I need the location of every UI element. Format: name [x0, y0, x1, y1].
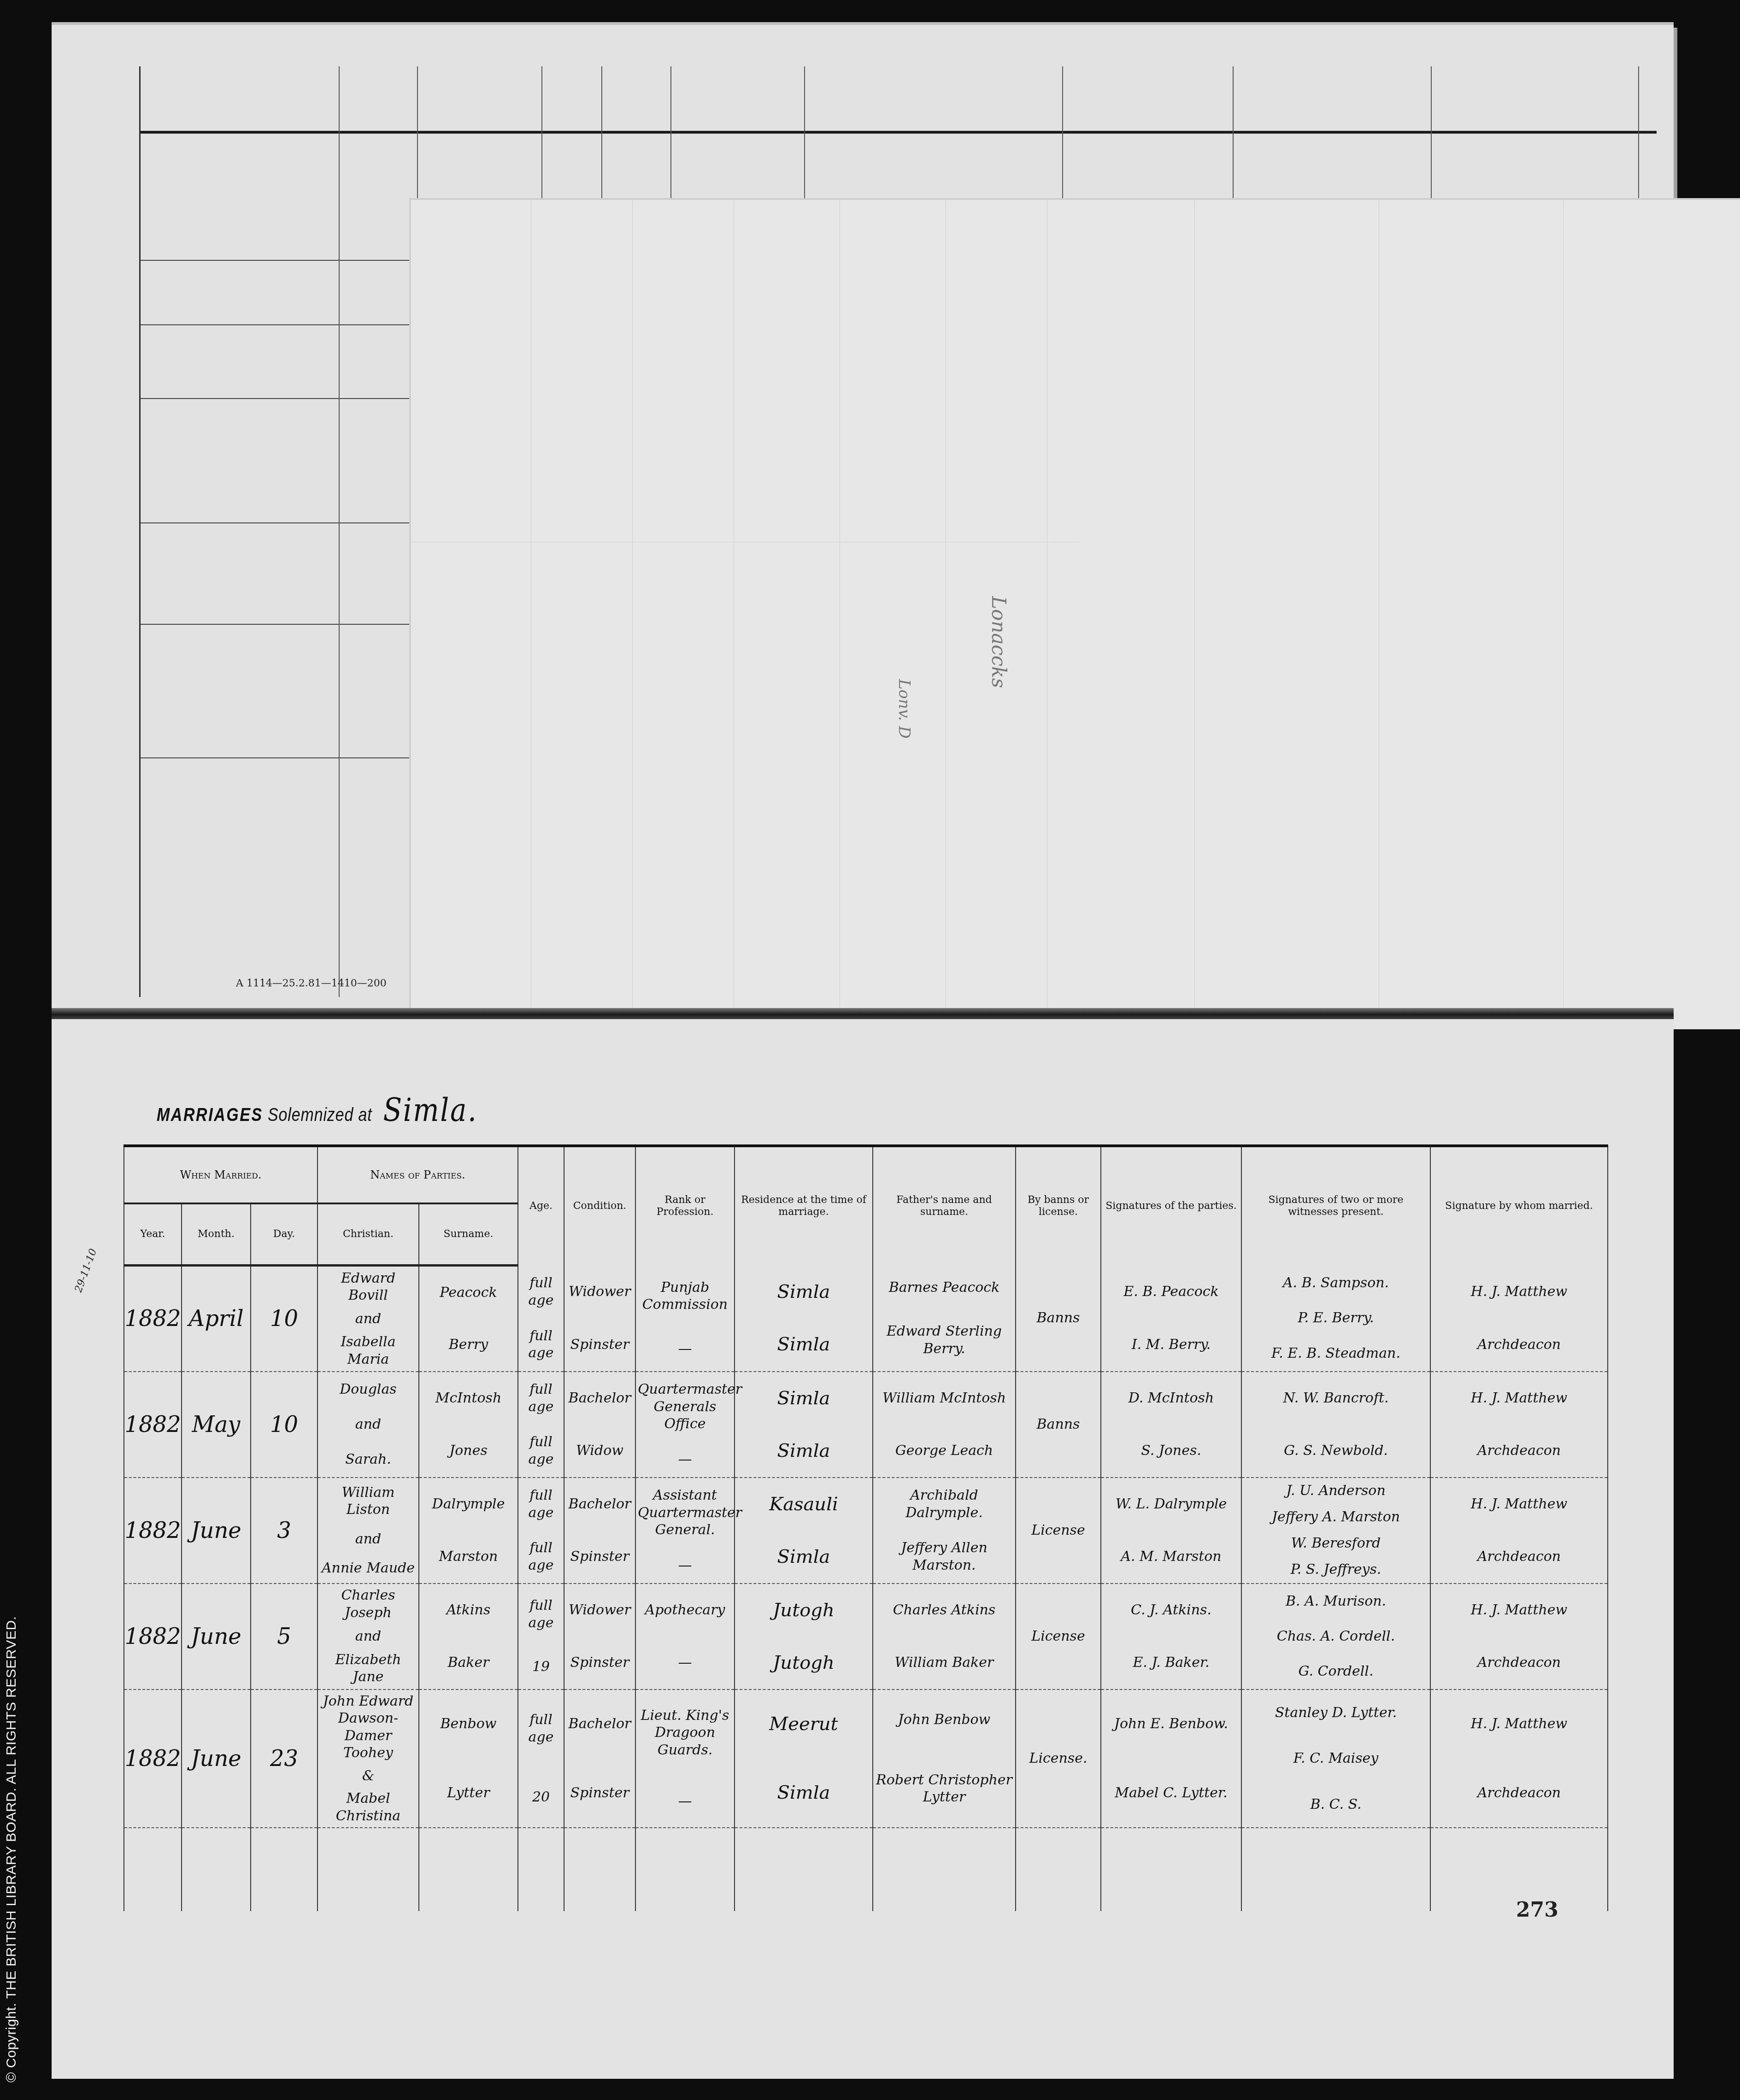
entry-residences: Jutogh Jutogh — [735, 1584, 873, 1689]
groom-surname: Benbow — [419, 1713, 517, 1736]
entry-signatures: E. B. Peacock I. M. Berry. — [1101, 1266, 1241, 1372]
groom-residence: Meerut — [735, 1710, 872, 1738]
groom-father: Barnes Peacock — [873, 1276, 1015, 1299]
bride-condition: Spinster — [564, 1545, 635, 1568]
groom-condition: Bachelor — [564, 1493, 635, 1516]
entry-signatures: W. L. Dalrymple A. M. Marston — [1101, 1478, 1241, 1584]
groom-signature: John E. Benbow. — [1101, 1713, 1241, 1736]
entry-surnames: Benbow Lytter — [419, 1689, 518, 1828]
entry-christian-names: Douglas and Sarah. — [317, 1372, 419, 1478]
bride-rank: — — [636, 1554, 734, 1577]
bride-residence: Simla — [735, 1330, 872, 1359]
groom-surname: Atkins — [419, 1599, 517, 1622]
header-christian: Christian. — [317, 1203, 419, 1266]
header-condition: Condition. — [564, 1146, 635, 1266]
entry-ages: full age 20 — [518, 1689, 564, 1828]
groom-rank: Quartermaster Generals Office — [636, 1378, 734, 1436]
witness: J. U. Anderson — [1242, 1479, 1430, 1502]
officiant-title: Archdeacon — [1431, 1439, 1607, 1462]
bride-father: William Baker — [873, 1651, 1015, 1674]
entry-residences: Simla Simla — [735, 1266, 873, 1372]
entry-witnesses: N. W. Bancroft. G. S. Newbold. — [1241, 1372, 1430, 1478]
witness: Jeffery A. Marston — [1242, 1506, 1430, 1529]
entry-ranks: Lieut. King's Dragoon Guards. — — [635, 1689, 735, 1828]
witness: G. S. Newbold. — [1242, 1439, 1430, 1462]
bride-father: Edward Sterling Berry. — [873, 1320, 1015, 1360]
copyright-notice: © Copyright. THE BRITISH LIBRARY BOARD. … — [4, 1616, 19, 2082]
header-father: Father's name and surname. — [873, 1146, 1016, 1266]
entry-day: 10 — [251, 1266, 317, 1372]
form-code: A 1114—25.2.81—1410—200 — [236, 978, 387, 989]
entry-conditions: Bachelor Spinster — [564, 1689, 635, 1828]
groom-father: John Benbow — [873, 1708, 1015, 1731]
entry-surnames: Peacock Berry — [419, 1266, 518, 1372]
entry-ages: full age full age — [518, 1372, 564, 1478]
overlay-sheet: Lonaccks Lonv. D — [411, 200, 1740, 1029]
groom-signature: E. B. Peacock — [1101, 1280, 1241, 1303]
entry-year: 1882 — [124, 1372, 182, 1478]
bride-christian: Annie Maude — [318, 1557, 418, 1580]
witness: N. W. Bancroft. — [1242, 1387, 1430, 1410]
entry-year: 1882 — [124, 1266, 182, 1372]
officiant-title: Archdeacon — [1431, 1333, 1607, 1356]
groom-condition: Bachelor — [564, 1387, 635, 1410]
pencil-annotation-secondary: Lonv. D — [895, 679, 913, 739]
table-row: 1882 April 10 Edward Bovill and Isabella… — [124, 1266, 1608, 1372]
entry-officiant: H. J. Matthew Archdeacon — [1430, 1266, 1608, 1372]
table-row: 1882 May 10 Douglas and Sarah. McIntosh … — [124, 1372, 1608, 1478]
groom-condition: Widower — [564, 1599, 635, 1622]
entry-day: 5 — [251, 1584, 317, 1689]
marriage-register-table: When Married. Names of Parties. Age. Con… — [123, 1144, 1608, 1911]
entry-officiant: H. J. Matthew Archdeacon — [1430, 1372, 1608, 1478]
groom-condition: Widower — [564, 1280, 635, 1303]
bride-christian: Sarah. — [318, 1448, 418, 1471]
bride-christian: Elizabeth Jane — [318, 1648, 418, 1689]
witness: Chas. A. Cordell. — [1242, 1625, 1430, 1648]
header-residence: Residence at the time of marriage. — [735, 1146, 873, 1266]
connector: and — [318, 1528, 418, 1551]
entry-year: 1882 — [124, 1584, 182, 1689]
place-name: Simla. — [383, 1091, 477, 1129]
entry-residences: Simla Simla — [735, 1372, 873, 1478]
officiant-name: H. J. Matthew — [1431, 1713, 1607, 1736]
entry-residences: Meerut Simla — [735, 1689, 873, 1828]
header-names-of-parties: Names of Parties. — [317, 1146, 518, 1203]
bride-father: George Leach — [873, 1439, 1015, 1462]
bride-surname: Lytter — [419, 1782, 517, 1805]
groom-age: full age — [518, 1594, 564, 1634]
groom-rank: Punjab Commission — [636, 1276, 734, 1316]
groom-condition: Bachelor — [564, 1713, 635, 1736]
witness: P. E. Berry. — [1242, 1307, 1430, 1330]
bride-condition: Widow — [564, 1439, 635, 1462]
entry-fathers: Charles Atkins William Baker — [873, 1584, 1016, 1689]
bride-father: Robert Christopher Lytter — [873, 1769, 1015, 1809]
bride-surname: Berry — [419, 1333, 517, 1356]
entry-surnames: McIntosh Jones — [419, 1372, 518, 1478]
entry-surnames: Dalrymple Marston — [419, 1478, 518, 1584]
entry-month: June — [182, 1689, 251, 1828]
bride-rank: — — [636, 1337, 734, 1361]
entry-banns: License — [1016, 1478, 1101, 1584]
groom-signature: W. L. Dalrymple — [1101, 1493, 1241, 1516]
groom-christian: Charles Joseph — [318, 1584, 418, 1624]
bride-age: full age — [518, 1325, 564, 1365]
bride-christian: Isabella Maria — [318, 1331, 418, 1371]
groom-rank: Lieut. King's Dragoon Guards. — [636, 1704, 734, 1762]
entry-signatures: C. J. Atkins. E. J. Baker. — [1101, 1584, 1241, 1689]
bride-age: full age — [518, 1431, 564, 1471]
groom-residence: Jutogh — [735, 1596, 872, 1625]
groom-father: Archibald Dalrymple. — [873, 1484, 1015, 1524]
bride-surname: Marston — [419, 1545, 517, 1568]
groom-age: full age — [518, 1708, 564, 1748]
header-when-married: When Married. — [124, 1146, 317, 1203]
bride-age: 20 — [518, 1786, 564, 1809]
entry-witnesses: J. U. Anderson Jeffery A. Marston W. Ber… — [1241, 1478, 1430, 1584]
entry-year: 1882 — [124, 1689, 182, 1828]
bride-signature: Mabel C. Lytter. — [1101, 1782, 1241, 1805]
entry-fathers: John Benbow Robert Christopher Lytter — [873, 1689, 1016, 1828]
upper-page: Lonaccks Lonv. D A 1114—25.2.81—1410—200 — [52, 22, 1674, 1011]
entry-banns: Banns — [1016, 1372, 1101, 1478]
connector: & — [318, 1765, 418, 1788]
bride-signature: S. Jones. — [1101, 1439, 1241, 1462]
groom-christian: Edward Bovill — [318, 1267, 418, 1307]
entry-banns: Banns — [1016, 1266, 1101, 1372]
bride-residence: Simla — [735, 1437, 872, 1465]
entry-banns: License. — [1016, 1689, 1101, 1828]
witness: G. Cordell. — [1242, 1660, 1430, 1683]
bride-surname: Jones — [419, 1439, 517, 1462]
entry-residences: Kasauli Simla — [735, 1478, 873, 1584]
groom-residence: Kasauli — [735, 1490, 872, 1519]
officiant-title: Archdeacon — [1431, 1782, 1607, 1805]
entry-month: April — [182, 1266, 251, 1372]
officiant-name: H. J. Matthew — [1431, 1493, 1607, 1516]
entry-signatures: John E. Benbow. Mabel C. Lytter. — [1101, 1689, 1241, 1828]
entry-month: June — [182, 1584, 251, 1689]
witness: P. S. Jeffreys. — [1242, 1558, 1430, 1581]
header-signatures-parties: Signatures of the parties. — [1101, 1146, 1241, 1266]
groom-christian: William Liston — [318, 1481, 418, 1521]
header-age: Age. — [518, 1146, 564, 1266]
groom-surname: Dalrymple — [419, 1493, 517, 1516]
pencil-annotation: Lonaccks — [988, 596, 1010, 688]
officiant-name: H. J. Matthew — [1431, 1387, 1607, 1410]
bride-residence: Simla — [735, 1778, 872, 1807]
groom-rank: Apothecary — [636, 1599, 734, 1622]
header-month: Month. — [182, 1203, 251, 1266]
witness: F. E. B. Steadman. — [1242, 1342, 1430, 1365]
entry-officiant: H. J. Matthew Archdeacon — [1430, 1478, 1608, 1584]
entry-conditions: Widower Spinster — [564, 1266, 635, 1372]
header-witnesses: Signatures of two or more witnesses pres… — [1241, 1146, 1430, 1266]
table-row: 1882 June 5 Charles Joseph and Elizabeth… — [124, 1584, 1608, 1689]
bride-signature: E. J. Baker. — [1101, 1651, 1241, 1674]
bride-condition: Spinster — [564, 1782, 635, 1805]
bride-residence: Simla — [735, 1543, 872, 1571]
witness: Stanley D. Lytter. — [1242, 1701, 1430, 1725]
groom-christian: John Edward Dawson-Damer Toohey — [318, 1690, 418, 1765]
header-officiant: Signature by whom married. — [1430, 1146, 1608, 1266]
entry-fathers: Barnes Peacock Edward Sterling Berry. — [873, 1266, 1016, 1372]
bride-signature: A. M. Marston — [1101, 1545, 1241, 1568]
entry-month: May — [182, 1372, 251, 1478]
bride-age: 19 — [518, 1655, 564, 1678]
groom-surname: Peacock — [419, 1281, 517, 1304]
bride-father: Jeffery Allen Marston. — [873, 1537, 1015, 1577]
entry-christian-names: William Liston and Annie Maude — [317, 1478, 419, 1584]
bride-condition: Spinster — [564, 1333, 635, 1356]
entry-fathers: William McIntosh George Leach — [873, 1372, 1016, 1478]
witness: A. B. Sampson. — [1242, 1272, 1430, 1295]
entry-ages: full age full age — [518, 1478, 564, 1584]
page-title: MARRIAGES Solemnized at Simla. — [157, 1091, 477, 1129]
entry-christian-names: Edward Bovill and Isabella Maria — [317, 1266, 419, 1372]
connector: and — [318, 1625, 418, 1648]
bride-rank: — — [636, 1448, 734, 1471]
groom-christian: Douglas — [318, 1378, 418, 1401]
witness: B. C. S. — [1242, 1793, 1430, 1816]
groom-residence: Simla — [735, 1278, 872, 1306]
entry-ranks: Quartermaster Generals Office — — [635, 1372, 735, 1478]
entry-christian-names: Charles Joseph and Elizabeth Jane — [317, 1584, 419, 1689]
groom-age: full age — [518, 1272, 564, 1312]
bride-rank: — — [636, 1651, 734, 1674]
entry-conditions: Bachelor Widow — [564, 1372, 635, 1478]
table-row: 1882 June 3 William Liston and Annie Mau… — [124, 1478, 1608, 1584]
witness: W. Beresford — [1242, 1532, 1430, 1555]
bride-signature: I. M. Berry. — [1101, 1333, 1241, 1356]
empty-row — [124, 1828, 1608, 1911]
entry-officiant: H. J. Matthew Archdeacon — [1430, 1689, 1608, 1828]
entry-ranks: Assistant Quartermaster General. — — [635, 1478, 735, 1584]
entry-conditions: Widower Spinster — [564, 1584, 635, 1689]
connector: and — [318, 1308, 418, 1331]
table-row: 1882 June 23 John Edward Dawson-Damer To… — [124, 1689, 1608, 1828]
entry-ranks: Punjab Commission — — [635, 1266, 735, 1372]
header-banns: By banns or license. — [1016, 1146, 1101, 1266]
bride-surname: Baker — [419, 1651, 517, 1674]
entry-month: June — [182, 1478, 251, 1584]
entry-witnesses: Stanley D. Lytter. F. C. Maisey B. C. S. — [1241, 1689, 1430, 1828]
groom-signature: D. McIntosh — [1101, 1387, 1241, 1410]
entry-day: 10 — [251, 1372, 317, 1478]
bride-age: full age — [518, 1537, 564, 1577]
officiant-title: Archdeacon — [1431, 1545, 1607, 1568]
groom-residence: Simla — [735, 1384, 872, 1413]
entry-witnesses: A. B. Sampson. P. E. Berry. F. E. B. Ste… — [1241, 1266, 1430, 1372]
entry-witnesses: B. A. Murison. Chas. A. Cordell. G. Cord… — [1241, 1584, 1430, 1689]
bride-christian: Mabel Christina — [318, 1787, 418, 1827]
entry-ages: full age 19 — [518, 1584, 564, 1689]
connector: and — [318, 1413, 418, 1436]
entry-signatures: D. McIntosh S. Jones. — [1101, 1372, 1241, 1478]
groom-age: full age — [518, 1378, 564, 1418]
entry-christian-names: John Edward Dawson-Damer Toohey & Mabel … — [317, 1689, 419, 1828]
header-surname: Surname. — [419, 1203, 518, 1266]
officiant-name: H. J. Matthew — [1431, 1280, 1607, 1303]
bride-rank: — — [636, 1790, 734, 1813]
entry-ages: full age full age — [518, 1266, 564, 1372]
header-day: Day. — [251, 1203, 317, 1266]
bride-residence: Jutogh — [735, 1648, 872, 1677]
groom-father: Charles Atkins — [873, 1599, 1015, 1622]
entry-day: 23 — [251, 1689, 317, 1828]
header-rank: Rank or Profession. — [635, 1146, 735, 1266]
entry-year: 1882 — [124, 1478, 182, 1584]
witness: F. C. Maisey — [1242, 1747, 1430, 1770]
entry-conditions: Bachelor Spinster — [564, 1478, 635, 1584]
witness: B. A. Murison. — [1242, 1590, 1430, 1613]
entry-day: 3 — [251, 1478, 317, 1584]
groom-father: William McIntosh — [873, 1387, 1015, 1410]
entry-officiant: H. J. Matthew Archdeacon — [1430, 1584, 1608, 1689]
officiant-name: H. J. Matthew — [1431, 1599, 1607, 1622]
groom-signature: C. J. Atkins. — [1101, 1599, 1241, 1622]
groom-rank: Assistant Quartermaster General. — [636, 1484, 734, 1542]
entry-banns: License — [1016, 1584, 1101, 1689]
entry-fathers: Archibald Dalrymple. Jeffery Allen Marst… — [873, 1478, 1016, 1584]
entry-ranks: Apothecary — — [635, 1584, 735, 1689]
groom-age: full age — [518, 1484, 564, 1524]
page-number: 273 — [1516, 1898, 1558, 1922]
groom-surname: McIntosh — [419, 1387, 517, 1410]
bride-condition: Spinster — [564, 1651, 635, 1674]
entry-surnames: Atkins Baker — [419, 1584, 518, 1689]
header-year: Year. — [124, 1203, 182, 1266]
officiant-title: Archdeacon — [1431, 1651, 1607, 1674]
